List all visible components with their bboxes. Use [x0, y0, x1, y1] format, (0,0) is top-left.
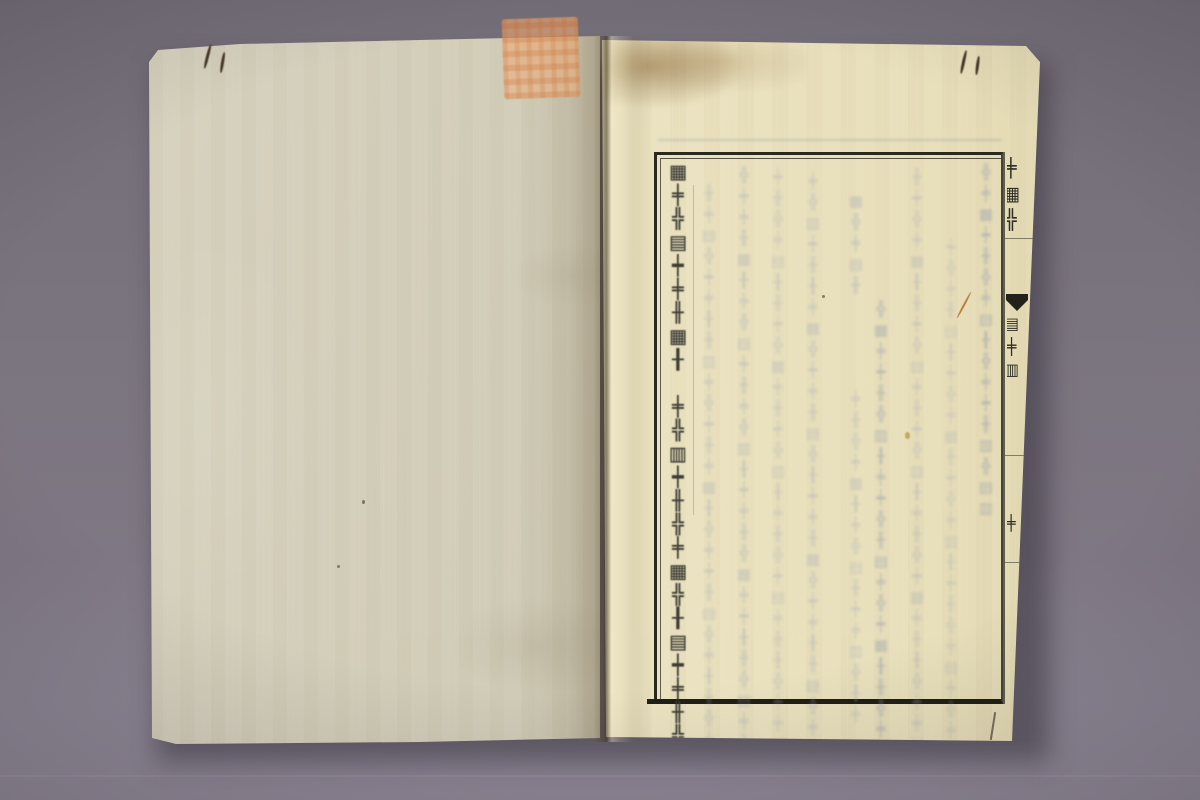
photo-of-open-book: ▦╪╬▤┿╪╫▦╂ ╪╬▥┿╫╬╪▦╬╂▤┿╪╫╬▦ ╫╪▤╬┿╪╂╫▥╪╬┿╫…: [0, 0, 1200, 800]
spine-title: ╪▦╬: [1007, 157, 1021, 267]
scratch-mark: [990, 712, 996, 740]
spine-rule: [1005, 238, 1033, 239]
paper-speck: [362, 500, 365, 504]
column-rule: [693, 185, 694, 515]
bleed-through-frame-line: [658, 139, 1002, 141]
seal-stamp: [502, 17, 581, 100]
backdrop-table-line: [0, 775, 1200, 777]
spine-chapter-label: ▤╪▥: [1007, 314, 1020, 414]
water-stain: [606, 38, 806, 133]
paper-speck: [905, 432, 910, 439]
spine-page-number: ╪: [1007, 514, 1020, 538]
fishtail-mark: [1006, 294, 1028, 311]
colophon-frame: [654, 152, 1003, 704]
paper-speck: [337, 565, 340, 568]
paper-speck: [822, 295, 825, 298]
